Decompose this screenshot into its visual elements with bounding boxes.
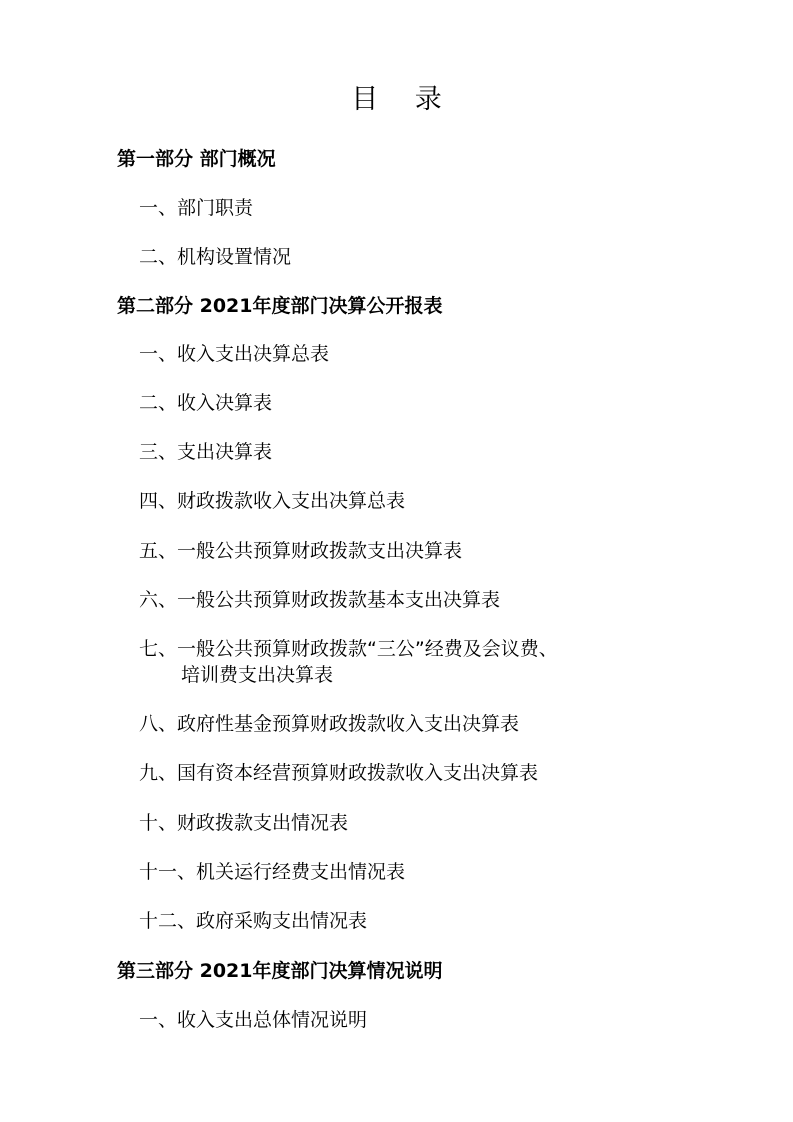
toc-part-2[interactable]: 第二部分 2021年度部门决算公开报表	[117, 293, 443, 319]
toc-item-number: 一、	[139, 1007, 177, 1033]
toc-item[interactable]: 一、收入支出总体情况说明	[139, 1007, 367, 1033]
toc-item[interactable]: 八、政府性基金预算财政拨款收入支出决算表	[139, 711, 519, 737]
toc-item[interactable]: 四、财政拨款收入支出决算总表	[139, 488, 405, 514]
toc-item-text: 政府性基金预算财政拨款收入支出决算表	[177, 711, 519, 737]
toc-item-number: 二、	[139, 244, 177, 270]
toc-item-number: 三、	[139, 439, 177, 465]
toc-item-text: 机关运行经费支出情况表	[196, 859, 405, 885]
toc-item-text: 收入决算表	[177, 390, 272, 416]
toc-item-number: 一、	[139, 195, 177, 221]
toc-item[interactable]: 十、财政拨款支出情况表	[139, 810, 348, 836]
toc-item-text: 一般公共预算财政拨款基本支出决算表	[177, 587, 500, 613]
toc-item-number: 十二、	[139, 908, 196, 934]
toc-item-number: 一、	[139, 341, 177, 367]
toc-part-3[interactable]: 第三部分 2021年度部门决算情况说明	[117, 958, 443, 984]
toc-item-text: 机构设置情况	[177, 244, 291, 270]
page-title: 目 录	[0, 80, 793, 120]
toc-item-text: 收入支出决算总表	[177, 341, 329, 367]
toc-item-number: 九、	[139, 760, 177, 786]
toc-item-number: 六、	[139, 587, 177, 613]
toc-item[interactable]: 二、机构设置情况	[139, 244, 291, 270]
toc-item-text: 部门职责	[177, 195, 253, 221]
toc-item[interactable]: 十二、政府采购支出情况表	[139, 908, 367, 934]
toc-item[interactable]: 六、一般公共预算财政拨款基本支出决算表	[139, 587, 500, 613]
toc-item-text: 国有资本经营预算财政拨款收入支出决算表	[177, 760, 538, 786]
toc-item-text: 支出决算表	[177, 439, 272, 465]
toc-item[interactable]: 九、国有资本经营预算财政拨款收入支出决算表	[139, 760, 538, 786]
toc-item-text: 政府采购支出情况表	[196, 908, 367, 934]
toc-item-text: 收入支出总体情况说明	[177, 1007, 367, 1033]
toc-item-number: 七、	[139, 636, 177, 662]
toc-item[interactable]: 一、收入支出决算总表	[139, 341, 329, 367]
toc-item[interactable]: 五、一般公共预算财政拨款支出决算表	[139, 538, 462, 564]
toc-item-text: 一般公共预算财政拨款支出决算表	[177, 538, 462, 564]
toc-item-number: 八、	[139, 711, 177, 737]
toc-item-number: 十一、	[139, 859, 196, 885]
toc-item-continuation[interactable]: 培训费支出决算表	[181, 662, 333, 688]
toc-item-text: 财政拨款支出情况表	[177, 810, 348, 836]
toc-item-number: 五、	[139, 538, 177, 564]
toc-item[interactable]: 二、收入决算表	[139, 390, 272, 416]
toc-item-text: 一般公共预算财政拨款“三公”经费及会议费、	[177, 636, 558, 662]
toc-item[interactable]: 十一、机关运行经费支出情况表	[139, 859, 405, 885]
toc-item-number: 十、	[139, 810, 177, 836]
toc-part-1[interactable]: 第一部分 部门概况	[117, 146, 276, 172]
toc-item[interactable]: 七、一般公共预算财政拨款“三公”经费及会议费、	[139, 636, 558, 662]
toc-item[interactable]: 一、部门职责	[139, 195, 253, 221]
toc-item-text: 财政拨款收入支出决算总表	[177, 488, 405, 514]
toc-item[interactable]: 三、支出决算表	[139, 439, 272, 465]
toc-item-text: 培训费支出决算表	[181, 662, 333, 688]
toc-item-number: 二、	[139, 390, 177, 416]
toc-item-number: 四、	[139, 488, 177, 514]
